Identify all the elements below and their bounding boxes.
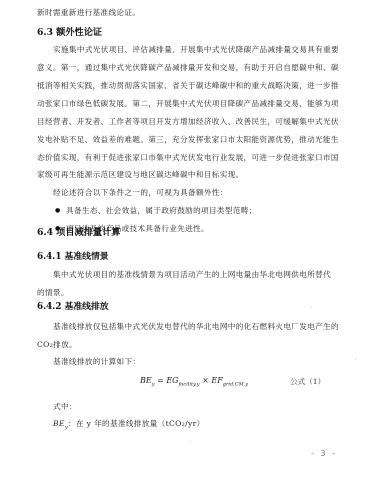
formula-times: × bbox=[200, 376, 212, 385]
page-number: - 3 - bbox=[311, 449, 337, 458]
paragraph-line: 发电补贴不足、效益差的难题。第三，充分发挥张家口市太阳能资源优势，推动光能生 bbox=[37, 135, 337, 145]
subsection-6-4-1-heading: 6.4.1 基准线情景 bbox=[37, 251, 109, 263]
paragraph-line: 目经营者、开发者、工作者等项目开发方增加经济收入、改善民生，可缓解集中式光伏 bbox=[37, 117, 337, 127]
document-page: 新时需重新进行基准线论证。 6.3 额外性论证 实施集中式光伏项目、评估减排量、… bbox=[0, 0, 378, 491]
bullet-item: 具备生态、社会效益，属于政府鼓励的项目类型范畴； bbox=[66, 206, 257, 216]
formula-equals: = bbox=[155, 376, 167, 385]
scan-speck bbox=[190, 441, 191, 442]
formula-term2: EF bbox=[211, 376, 222, 385]
paragraph-line: 实施集中式光伏项目、评估减排量、开展集中式光伏降碳产品减排量交易具有重要 bbox=[53, 45, 337, 55]
formula-term1-sub: facility,y bbox=[179, 382, 200, 388]
paragraph-line: 家级可再生能源示范区建设与地区碳达峰碳中和目标实现。 bbox=[37, 170, 337, 180]
formula-1: BEy = EGfacility,y × EFgrid,CM,y bbox=[140, 376, 248, 388]
variable-description: ：在 y 年的基准线排放量（tCO₂/yr） bbox=[68, 419, 205, 428]
intro-tail-text: 新时需重新进行基准线论证。 bbox=[37, 8, 337, 18]
paragraph-line: 动张家口市绿色低碳发展。第二，开展集中式光伏项目降碳产品减排量交易，能够为项 bbox=[37, 99, 337, 109]
variable-definition: BEy：在 y 年的基准线排放量（tCO₂/yr） bbox=[53, 419, 337, 433]
bullet-dot-icon: ● bbox=[55, 207, 60, 214]
scan-speck bbox=[355, 359, 356, 360]
section-6-3-heading: 6.3 额外性论证 bbox=[37, 27, 102, 39]
formula-lhs: BE bbox=[140, 376, 152, 385]
where-label: 式中： bbox=[53, 402, 337, 412]
scan-speck bbox=[311, 307, 312, 308]
calc-intro: 基准线排放的计算如下： bbox=[53, 357, 337, 367]
paragraph-line: 意义。第一，通过集中式光伏降碳产品减排量开发和交易，有助于开启自愿碳中和、碳 bbox=[37, 63, 337, 73]
paragraph-line: CO₂排放。 bbox=[37, 340, 337, 350]
paragraph-line: 集中式光伏项目的基准线情景为项目活动产生的上网电量由华北电网供电所替代 bbox=[53, 270, 337, 280]
paragraph-line: 基准线排放仅包括集中式光伏发电替代的华北电网中的化石燃料火电厂发电产生的 bbox=[53, 322, 337, 332]
formula-term1: EG bbox=[166, 376, 178, 385]
formula-term2-sub: grid,CM,y bbox=[223, 382, 248, 388]
paragraph-line: 抵消等相关实践，推动贯彻落实国家、省关于碳达峰碳中和的重大战略决策，进一步推 bbox=[37, 81, 337, 91]
section-6-4-heading-text: 6.4 项目减排量计算 bbox=[37, 227, 121, 239]
formula-label: 公式（1） bbox=[290, 376, 325, 387]
paragraph-line: 的情景。 bbox=[37, 288, 337, 298]
subsection-6-4-2-heading: 6.4.2 基准线排放 bbox=[37, 301, 109, 313]
conditions-intro: 经论述符合以下条件之一的，可视为具备额外性： bbox=[53, 188, 337, 198]
variable-symbol: BE bbox=[53, 419, 65, 428]
paragraph-line: 态价值实现，有利于促进张家口市集中式光伏发电行业发展，可进一步促进张家口市国 bbox=[37, 153, 337, 163]
